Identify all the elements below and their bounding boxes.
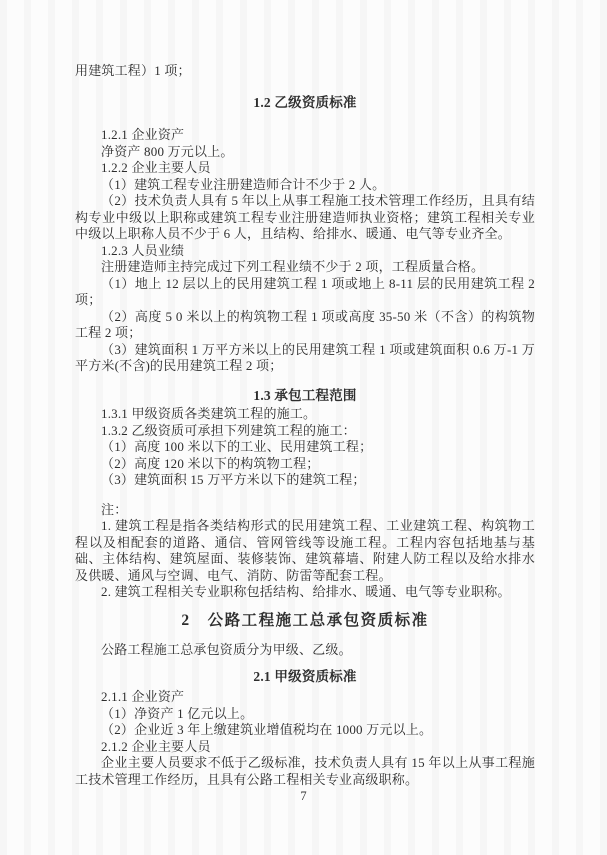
document-body: 用建筑工程）1 项； 1.2 乙级资质标准 1.2.1 企业资产 净资产 800… [75, 63, 535, 788]
list-item: （1）地上 12 层以上的民用建筑工程 1 项或地上 8-11 层的民用建筑工程… [75, 276, 535, 309]
list-item: （2）企业近 3 年上缴建筑业增值税均在 1000 万元以上。 [75, 722, 535, 739]
clause-1-2-3: 1.2.3 人员业绩 [75, 243, 535, 260]
paragraph-continuation: 用建筑工程）1 项； [75, 63, 535, 80]
list-item: （3）建筑面积 15 万平方米以下的建筑工程； [75, 472, 535, 489]
clause-1-2-1: 1.2.1 企业资产 [75, 127, 535, 144]
page-number: 7 [0, 789, 607, 804]
paragraph: 净资产 800 万元以上。 [75, 144, 535, 161]
clause-2-1-2: 2.1.2 企业主要人员 [75, 739, 535, 756]
heading-section-1-3: 1.3 承包工程范围 [75, 388, 535, 405]
paragraph: 注册建造师主持完成过下列工程业绩不少于 2 项，工程质量合格。 [75, 259, 535, 276]
clause-1-3-1: 1.3.1 甲级资质各类建筑工程的施工。 [75, 406, 535, 423]
list-item: （1）高度 100 米以下的工业、民用建筑工程； [75, 439, 535, 456]
clause-1-3-2: 1.3.2 乙级资质可承担下列建筑工程的施工： [75, 423, 535, 440]
paragraph: 公路工程施工总承包资质分为甲级、乙级。 [75, 642, 535, 659]
note-item: 2. 建筑工程相关专业职称包括结构、给排水、暖通、电气等专业职称。 [75, 584, 535, 601]
clause-2-1-1: 2.1.1 企业资产 [75, 689, 535, 706]
heading-section-2: 2 公路工程施工总承包资质标准 [75, 613, 535, 630]
clause-1-2-2: 1.2.2 企业主要人员 [75, 160, 535, 177]
note-item: 1. 建筑工程是指各类结构形式的民用建筑工程、工业建筑工程、构筑物工程以及相配套… [75, 518, 535, 584]
document-page: 用建筑工程）1 项； 1.2 乙级资质标准 1.2.1 企业资产 净资产 800… [0, 0, 607, 855]
list-item: （2）高度 120 米以下的构筑物工程； [75, 456, 535, 473]
list-item: （2）技术负责人具有 5 年以上从事工程施工技术管理工作经历，且具有结构专业中级… [75, 193, 535, 243]
list-item: （3）建筑面积 1 万平方米以上的民用建筑工程 1 项或建筑面积 0.6 万-1… [75, 342, 535, 375]
heading-section-2-1: 2.1 甲级资质标准 [75, 669, 535, 686]
heading-section-1-2: 1.2 乙级资质标准 [75, 95, 535, 112]
list-item: （1）净资产 1 亿元以上。 [75, 706, 535, 723]
list-item: （2）高度 5 0 米以上的构筑物工程 1 项或高度 35-50 米（不含）的构… [75, 309, 535, 342]
note-label: 注： [75, 502, 535, 519]
paragraph: 企业主要人员要求不低于乙级标准，技术负责人具有 15 年以上从事工程施工技术管理… [75, 755, 535, 788]
list-item: （1）建筑工程专业注册建造师合计不少于 2 人。 [75, 177, 535, 194]
